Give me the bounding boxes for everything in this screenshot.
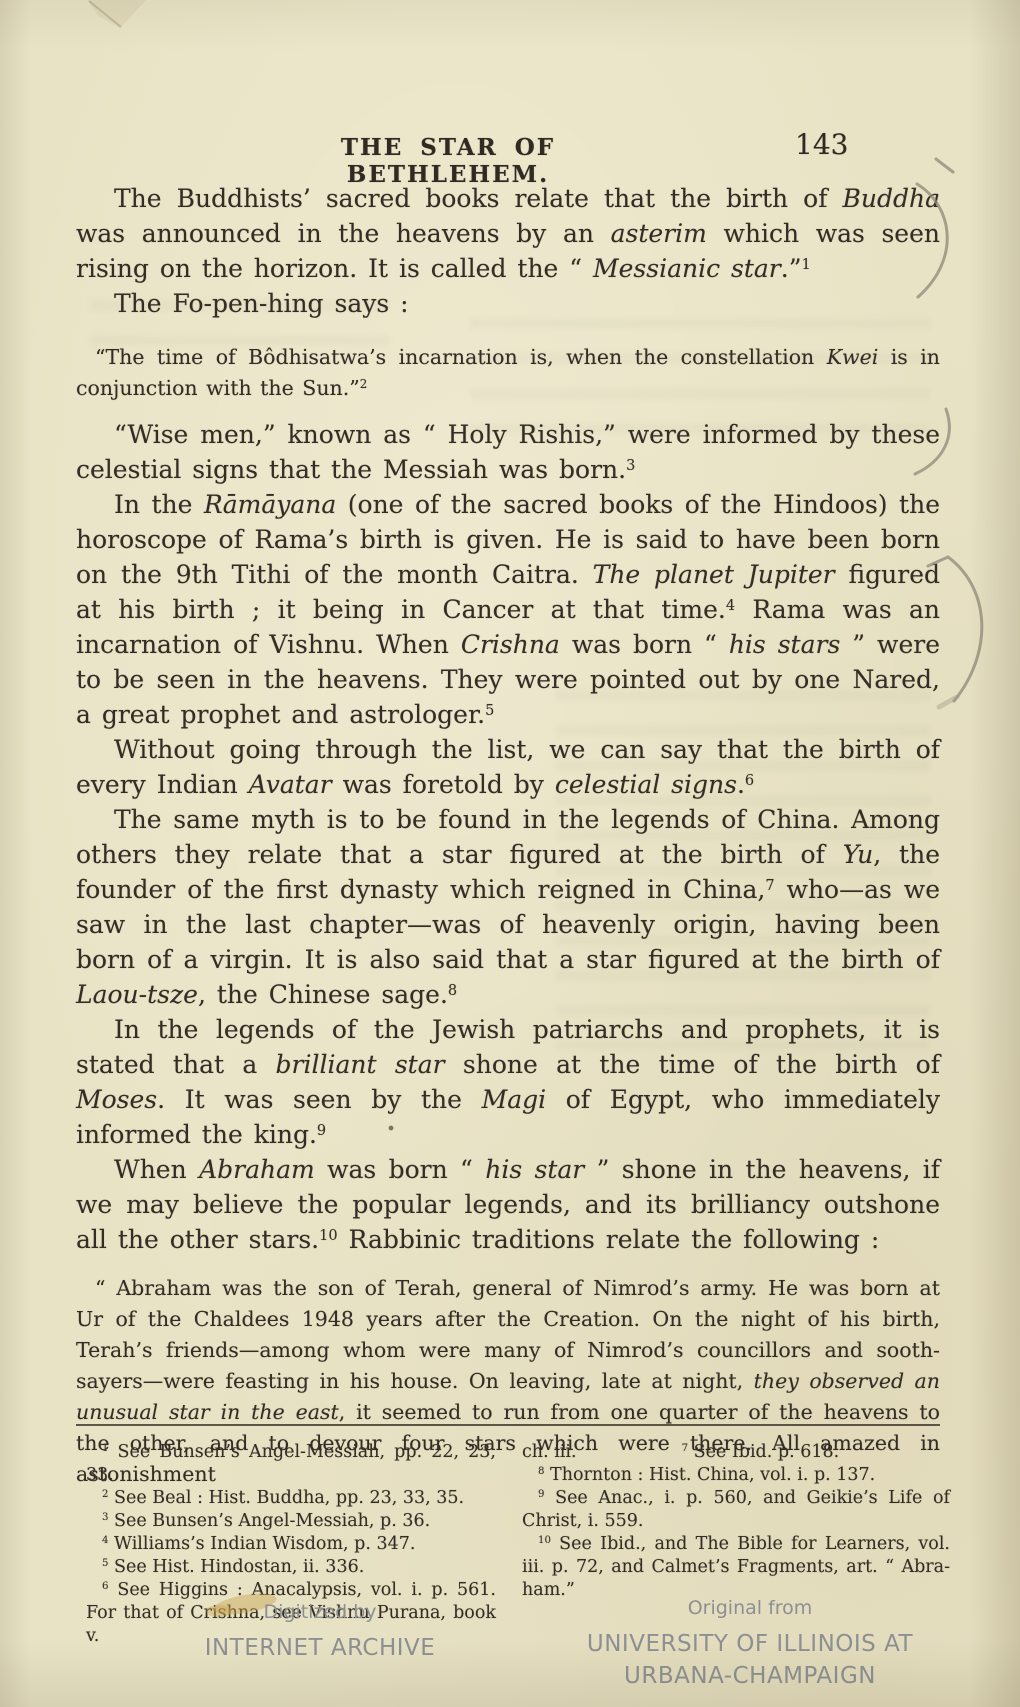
pencil-tick: [936, 159, 953, 172]
watermark-line: Digitized by: [150, 1601, 490, 1623]
quote-block: “The time of Bôdhisatwa’s incarnation is…: [76, 342, 940, 404]
footnote: 1 See Bunsen’s Angel-Messiah, pp. 22, 23…: [86, 1441, 496, 1487]
paragraph: In the legends of the Jewish patriarchs …: [76, 1012, 940, 1152]
watermark-line: URBANA-CHAMPAIGN: [545, 1660, 955, 1692]
page-title: THE STAR OF BETHLEHEM.: [283, 134, 613, 188]
page-number: 143: [795, 128, 848, 161]
footnote: 10 See Ibid., and The Bible for Learners…: [522, 1533, 950, 1602]
paragraph: Without going through the list, we can s…: [76, 732, 940, 802]
paragraph: In the Rāmāyana (one of the sacred books…: [76, 487, 940, 732]
pencil-smudge: [939, 697, 957, 707]
footnote: 4 Williams’s Indian Wisdom, p. 347.: [86, 1533, 496, 1556]
watermark-line: Original from: [545, 1597, 955, 1619]
page-text-block: The Buddhists’ sacred books relate that …: [76, 181, 940, 1490]
original-from-watermark: Original from UNIVERSITY OF ILLINOIS AT …: [545, 1597, 955, 1692]
paragraph: “Wise men,” known as “ Holy Rishis,” wer…: [76, 417, 940, 487]
footnote: 2 See Beal : Hist. Buddha, pp. 23, 33, 3…: [86, 1487, 496, 1510]
footnote: 9 See Anac., i. p. 560, and Geikie’s Lif…: [522, 1487, 950, 1533]
watermark-line: INTERNET ARCHIVE: [150, 1632, 490, 1664]
footnote: 5 See Hist. Hindostan, ii. 336.: [86, 1556, 496, 1579]
paragraph: The Fo-pen-hing says :: [76, 286, 940, 321]
paragraph: When Abraham was born “ his star ” shone…: [76, 1152, 940, 1257]
paragraph: The same myth is to be found in the lege…: [76, 802, 940, 1012]
footnote: ch. iii.7 See Ibid. p. 618.: [522, 1441, 950, 1464]
book-page-scan: THE STAR OF BETHLEHEM. 143 The Buddhists…: [0, 0, 1020, 1707]
footnote: 8 Thornton : Hist. China, vol. i. p. 137…: [522, 1464, 950, 1487]
paragraph: The Buddhists’ sacred books relate that …: [76, 181, 940, 286]
fold-crease-line: [89, 1, 121, 27]
digitized-by-watermark: Digitized by INTERNET ARCHIVE: [150, 1601, 490, 1664]
footnote: 3 See Bunsen’s Angel-Messiah, p. 36.: [86, 1510, 496, 1533]
watermark-line: UNIVERSITY OF ILLINOIS AT: [545, 1628, 955, 1660]
footnote-separator-rule: [76, 1424, 940, 1426]
page-corner-fold: [88, 0, 146, 28]
